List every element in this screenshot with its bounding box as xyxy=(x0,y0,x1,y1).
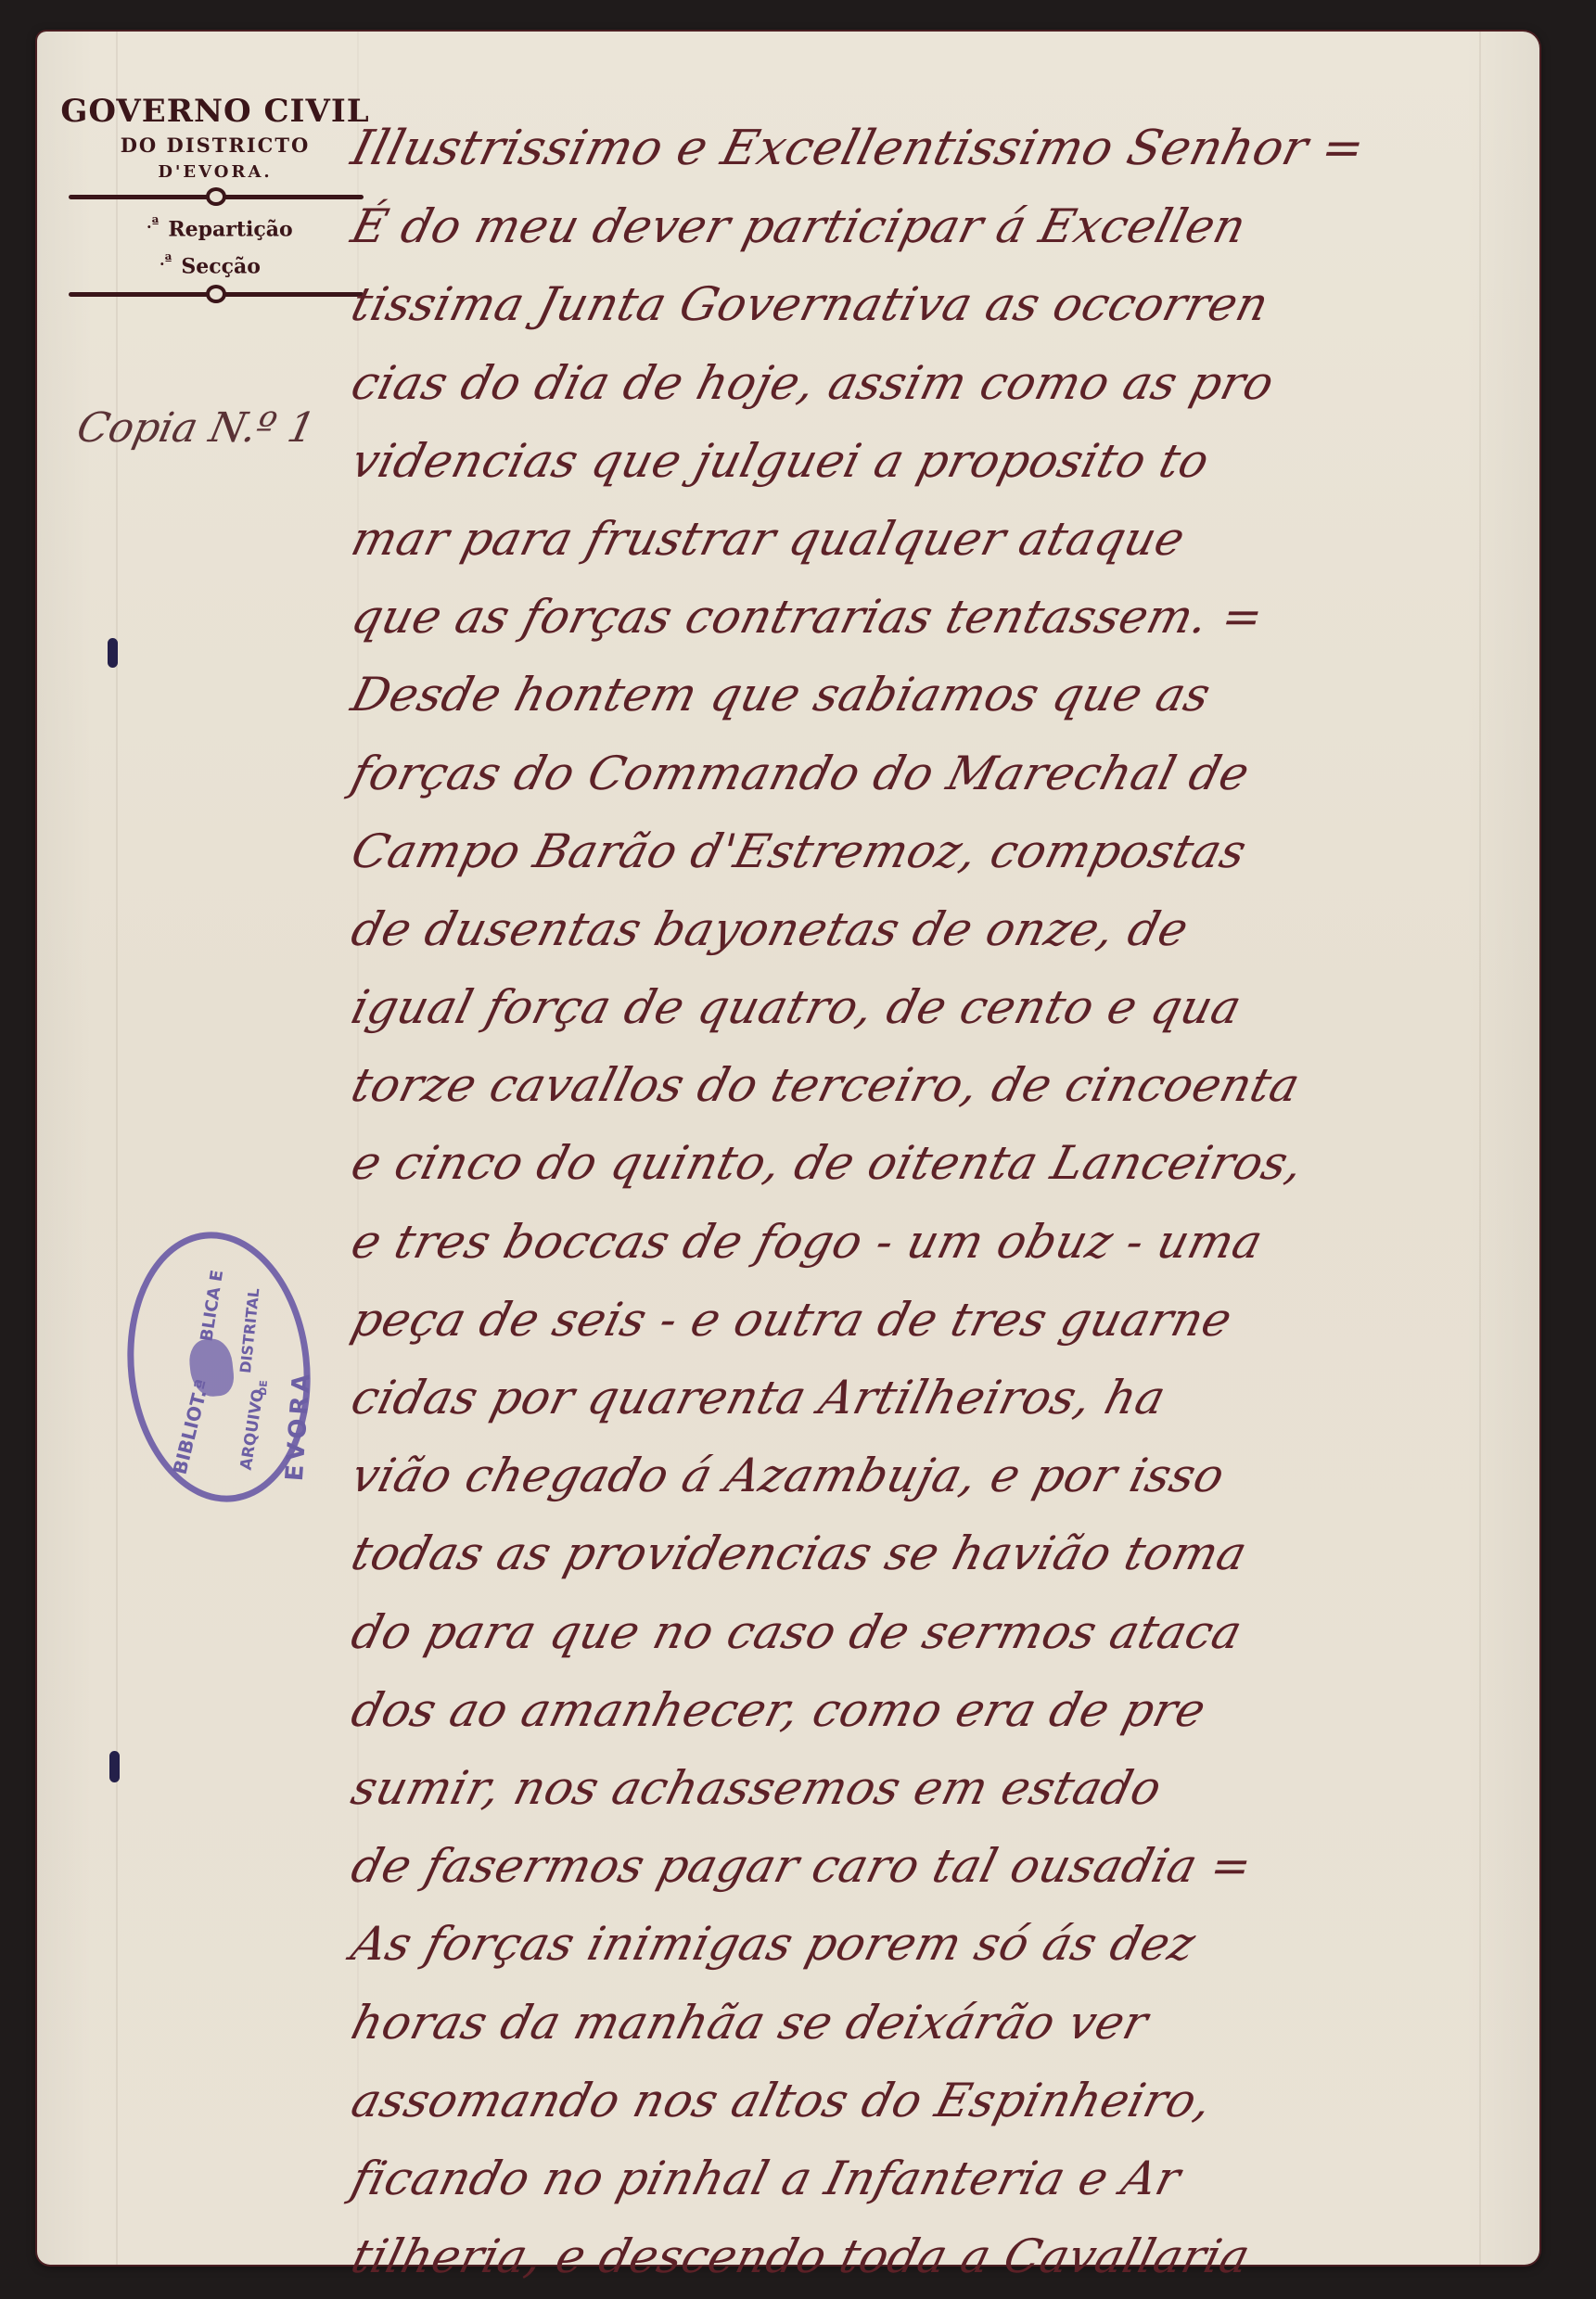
text-line: e tres boccas de fogo - um obuz - uma xyxy=(343,1203,1522,1281)
handwritten-body: Illustrissimo e Excellentissimo Senhor =… xyxy=(343,109,1502,2295)
stamp-text: BIBLIOT.ª xyxy=(169,1377,214,1476)
text-line: do para que no caso de sermos ataca xyxy=(343,1593,1522,1671)
text-line: que as forças contrarias tentassem. = xyxy=(343,578,1522,656)
text-line: forças do Commando do Marechal de xyxy=(343,734,1522,812)
text-line: É do meu dever participar á Excellen xyxy=(343,187,1522,265)
text-line: videncias que julguei a proposito to xyxy=(343,422,1522,500)
archive-stamp: BIBLIOT.ª BLICA E ARQUIVO DISTRITAL DE E… xyxy=(114,1223,323,1512)
letterhead-reparticao: .ªRepartição xyxy=(57,208,373,245)
text-line: assomando nos altos do Espinheiro, xyxy=(343,2062,1522,2139)
letterhead-seccao: .ªSecção xyxy=(57,245,373,282)
text-line: tissima Junta Governativa as occorren xyxy=(343,265,1522,343)
text-line: ficando no pinhal a Infanteria e Ar xyxy=(343,2139,1522,2217)
text-line: todas as providencias se havião toma xyxy=(343,1514,1522,1592)
margin-note-copy-number: Copia N.º 1 xyxy=(73,404,320,452)
ornament-icon xyxy=(206,285,226,303)
ornamental-rule xyxy=(69,189,364,204)
text-line: tilheria, e descendo toda a Cavallaria xyxy=(343,2217,1522,2295)
text-line: igual força de quatro, de cento e qua xyxy=(343,968,1522,1046)
stamp-text: EVORA xyxy=(281,1370,316,1482)
ink-mark-icon xyxy=(109,1751,120,1782)
seccao-label: Secção xyxy=(181,255,261,279)
text-line: Campo Barão d'Estremoz, compostas xyxy=(343,812,1522,890)
paper-fold-line xyxy=(116,32,118,2265)
text-line: Desde hontem que sabiamos que as xyxy=(343,656,1522,734)
text-line: sumir, nos achassemos em estado xyxy=(343,1749,1522,1827)
letterhead-district: DO DISTRICTO xyxy=(57,132,373,160)
text-line: peça de seis - e outra de tres guarne xyxy=(343,1281,1522,1359)
ordinal-marker: .ª xyxy=(160,251,172,269)
text-line: horas da manhãa se deixárão ver xyxy=(343,1984,1522,2062)
text-line: de fasermos pagar caro tal ousadia = xyxy=(343,1827,1522,1905)
ordinal-marker: .ª xyxy=(147,214,159,232)
text-line: As forças inimigas porem só ás dez xyxy=(343,1905,1522,1983)
salutation-line: Illustrissimo e Excellentissimo Senhor = xyxy=(343,109,1522,187)
ink-mark-icon xyxy=(108,638,118,668)
ornament-icon xyxy=(206,187,226,206)
text-line: de dusentas bayonetas de onze, de xyxy=(343,890,1522,968)
letterhead-title: GOVERNO CIVIL xyxy=(57,93,373,130)
reparticao-label: Repartição xyxy=(168,217,292,241)
stamp-text: DISTRITAL xyxy=(236,1287,263,1374)
text-line: vião chegado á Azambuja, e por isso xyxy=(343,1437,1522,1514)
text-line: cias do dia de hoje, assim como as pro xyxy=(343,344,1522,422)
letterhead-stamp: GOVERNO CIVIL DO DISTRICTO D'EVORA. .ªRe… xyxy=(57,93,373,305)
text-line: dos ao amanhecer, como era de pre xyxy=(343,1671,1522,1749)
stamp-text: DE xyxy=(257,1380,270,1397)
ornamental-rule xyxy=(69,287,364,301)
stamp-text: BLICA E xyxy=(197,1269,227,1343)
text-line: mar para frustrar qualquer ataque xyxy=(343,500,1522,578)
letterhead-city: D'EVORA. xyxy=(57,160,373,185)
text-line: cidas por quarenta Artilheiros, ha xyxy=(343,1359,1522,1437)
stamp-text: ARQUIVO xyxy=(237,1387,269,1471)
text-line: torze cavallos do terceiro, de cincoenta xyxy=(343,1046,1522,1124)
text-line: e cinco do quinto, de oitenta Lanceiros, xyxy=(343,1124,1522,1202)
